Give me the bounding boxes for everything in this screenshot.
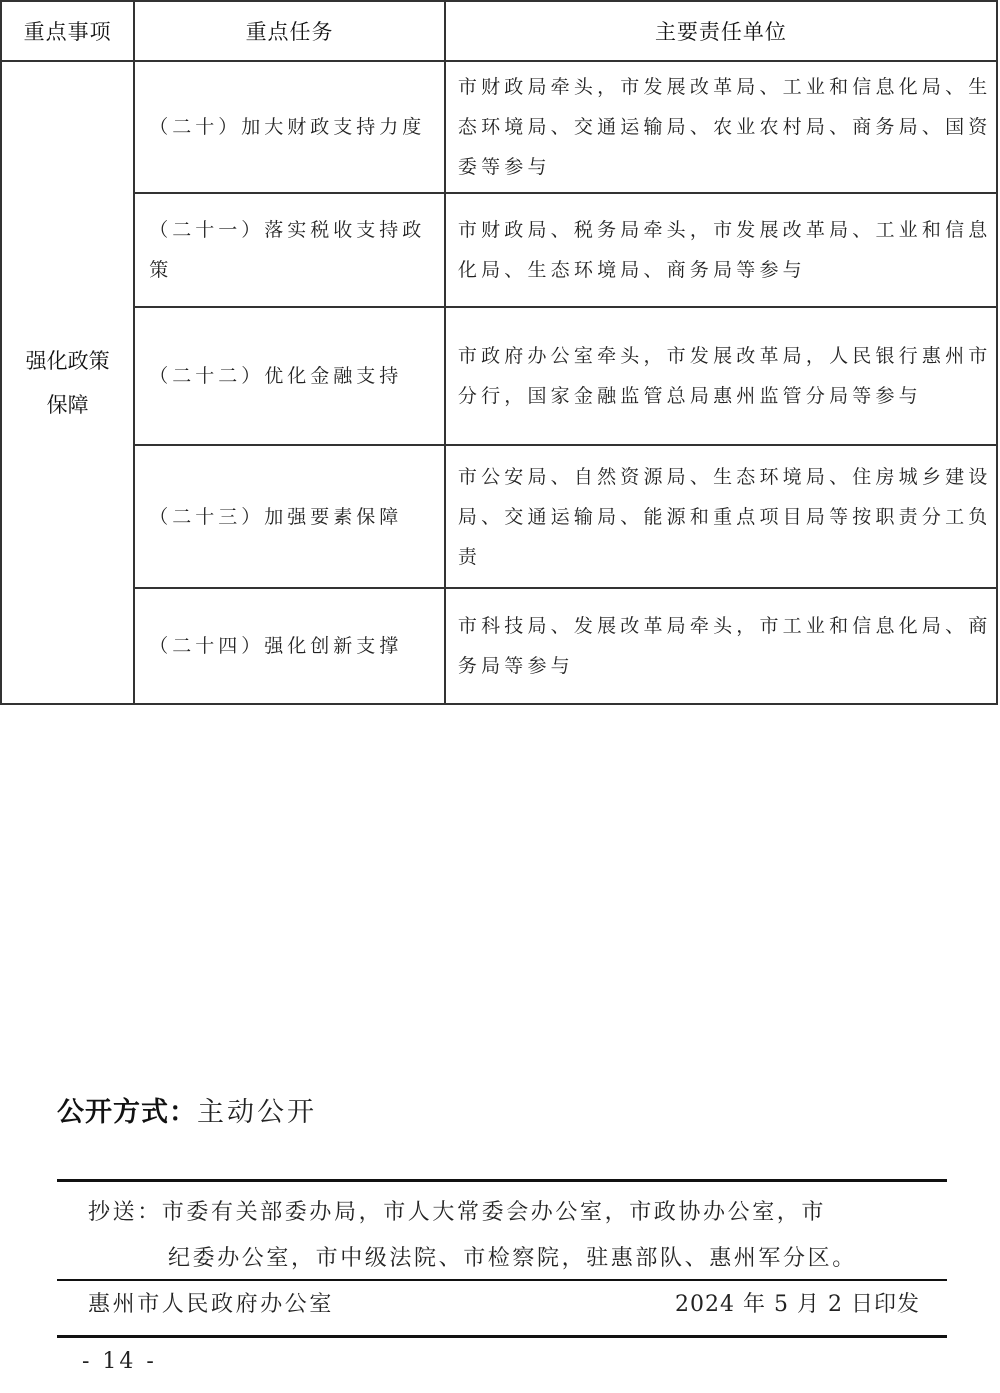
task-cell: （二十三）加强要素保障 — [134, 445, 445, 588]
table-row: （二十三）加强要素保障 市公安局、自然资源局、生态环境局、住房城乡建设局、交通运… — [1, 445, 997, 588]
key-tasks-table: 重点事项 重点任务 主要责任单位 强化政策 保障 （二十）加大财政支持力度 市财… — [0, 0, 998, 705]
task-cell: （二十四）强化创新支撑 — [134, 588, 445, 704]
units-cell: 市科技局、发展改革局牵头，市工业和信息化局、商务局等参与 — [445, 588, 997, 704]
table-header-row: 重点事项 重点任务 主要责任单位 — [1, 1, 997, 61]
table-row: 强化政策 保障 （二十）加大财政支持力度 市财政局牵头，市发展改革局、工业和信息… — [1, 61, 997, 193]
issuing-office: 惠州市人民政府办公室 — [88, 1287, 334, 1318]
footer-rule-top — [57, 1179, 947, 1182]
header-key-task: 重点任务 — [134, 1, 445, 61]
key-item-line2: 保障 — [2, 383, 133, 427]
cc-distribution: 抄送：市委有关部委办局，市人大常委会办公室，市政协办公室，市 纪委办公室，市中级… — [88, 1190, 928, 1282]
footer-rule-bottom — [57, 1335, 947, 1338]
table-row: （二十二）优化金融支持 市政府办公室牵头，市发展改革局，人民银行惠州市分行，国家… — [1, 307, 997, 445]
units-cell: 市公安局、自然资源局、生态环境局、住房城乡建设局、交通运输局、能源和重点项目局等… — [445, 445, 997, 588]
cc-line-2: 纪委办公室，市中级法院、市检察院，驻惠部队、惠州军分区。 — [88, 1236, 928, 1282]
key-item-line1: 强化政策 — [2, 339, 133, 383]
task-cell: （二十二）优化金融支持 — [134, 307, 445, 445]
issue-date: 2024 年 5 月 2 日印发 — [675, 1287, 920, 1318]
disclosure-method: 公开方式：主动公开 — [57, 1090, 317, 1129]
footer-rule-middle — [57, 1279, 947, 1281]
cc-line-1: 抄送：市委有关部委办局，市人大常委会办公室，市政协办公室，市 — [88, 1190, 928, 1236]
header-responsible-units: 主要责任单位 — [445, 1, 997, 61]
task-cell: （二十一）落实税收支持政策 — [134, 193, 445, 307]
disclosure-value: 主动公开 — [197, 1097, 317, 1128]
units-cell: 市财政局牵头，市发展改革局、工业和信息化局、生态环境局、交通运输局、农业农村局、… — [445, 61, 997, 193]
table-row: （二十一）落实税收支持政策 市财政局、税务局牵头，市发展改革局、工业和信息化局、… — [1, 193, 997, 307]
header-key-item: 重点事项 — [1, 1, 134, 61]
units-cell: 市财政局、税务局牵头，市发展改革局、工业和信息化局、生态环境局、商务局等参与 — [445, 193, 997, 307]
page-number: - 14 - — [82, 1349, 157, 1374]
units-cell: 市政府办公室牵头，市发展改革局，人民银行惠州市分行，国家金融监管总局惠州监管分局… — [445, 307, 997, 445]
task-cell: （二十）加大财政支持力度 — [134, 61, 445, 193]
disclosure-label: 公开方式： — [57, 1097, 197, 1128]
key-item-cell: 强化政策 保障 — [1, 61, 134, 704]
table-row: （二十四）强化创新支撑 市科技局、发展改革局牵头，市工业和信息化局、商务局等参与 — [1, 588, 997, 704]
